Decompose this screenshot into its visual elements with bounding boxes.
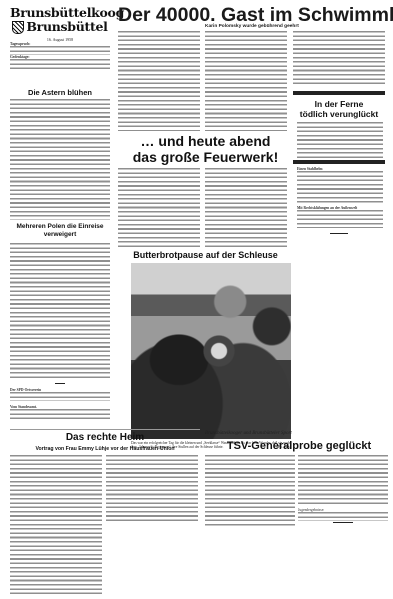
article-ferne-title-line2: tödlich verunglückt	[293, 109, 385, 119]
article-heim-col2	[106, 455, 198, 523]
lead-story-col1	[118, 31, 200, 131]
masthead-title-line1: Brunsbüttelkoog	[10, 6, 110, 20]
divider	[333, 522, 353, 523]
photo-title: Butterbrotpause auf der Schleuse	[118, 250, 293, 260]
article-polen-title-text: Mehreren Polen die Einreise verweigert	[16, 223, 103, 238]
sport-col1	[205, 455, 295, 527]
sport-kicker: Brunsbüttelkooger und Brunsbütteler Spor…	[205, 431, 393, 436]
masthead-title-line2-text: Brunsbüttel	[26, 20, 107, 34]
brief-standesamt-body	[10, 409, 110, 422]
masthead: Brunsbüttelkoog Brunsbüttel	[10, 6, 110, 34]
lead-story-col2	[205, 31, 287, 131]
feature-headline-line2: das große Feuerwerk!	[118, 149, 293, 165]
feature-col1	[118, 168, 200, 248]
sport-headline: TSV-Generalprobe geglückt	[205, 440, 393, 452]
section-rule-top	[293, 91, 385, 95]
article-heim-subtitle: Vortrag von Frau Emmy Lühje vor der Haus…	[10, 446, 200, 452]
article-astern-body	[10, 99, 110, 220]
sport-col2	[298, 455, 388, 505]
brief-stahlhelm-body	[297, 171, 383, 203]
article-polen-title: Mehreren Polen die Einreise verweigert	[10, 223, 110, 239]
feature-headline-line1: … und heute abend	[118, 133, 293, 149]
tagesspruch-text	[10, 46, 110, 55]
article-heim-col1	[10, 455, 102, 595]
feature-col2	[205, 168, 287, 248]
lead-story-col3	[293, 31, 385, 86]
divider	[10, 429, 200, 430]
sport-jugend-body	[298, 512, 388, 521]
brief-aussenwelt-body	[297, 210, 383, 228]
brief-spd-body	[10, 392, 110, 401]
lead-subheadline: Karin Polomsky wurde gebührend geehrt	[205, 24, 299, 29]
article-heim-title: Das rechte Heim	[10, 432, 200, 443]
divider	[330, 233, 348, 234]
article-ferne-body	[297, 122, 383, 158]
article-ferne-title: In der Ferne tödlich verunglückt	[293, 99, 385, 119]
article-astern-title: Die Astern blühen	[10, 88, 110, 97]
article-ferne-title-line1: In der Ferne	[293, 99, 385, 109]
photo-lock-break	[131, 263, 291, 439]
gedenktage-text	[10, 59, 110, 72]
section-rule-bottom	[293, 160, 385, 164]
article-polen-body	[10, 243, 110, 378]
feature-headline: … und heute abend das große Feuerwerk!	[118, 133, 293, 165]
divider	[55, 383, 65, 384]
crest-icon	[12, 21, 24, 34]
masthead-title-line2: Brunsbüttel	[10, 20, 110, 34]
